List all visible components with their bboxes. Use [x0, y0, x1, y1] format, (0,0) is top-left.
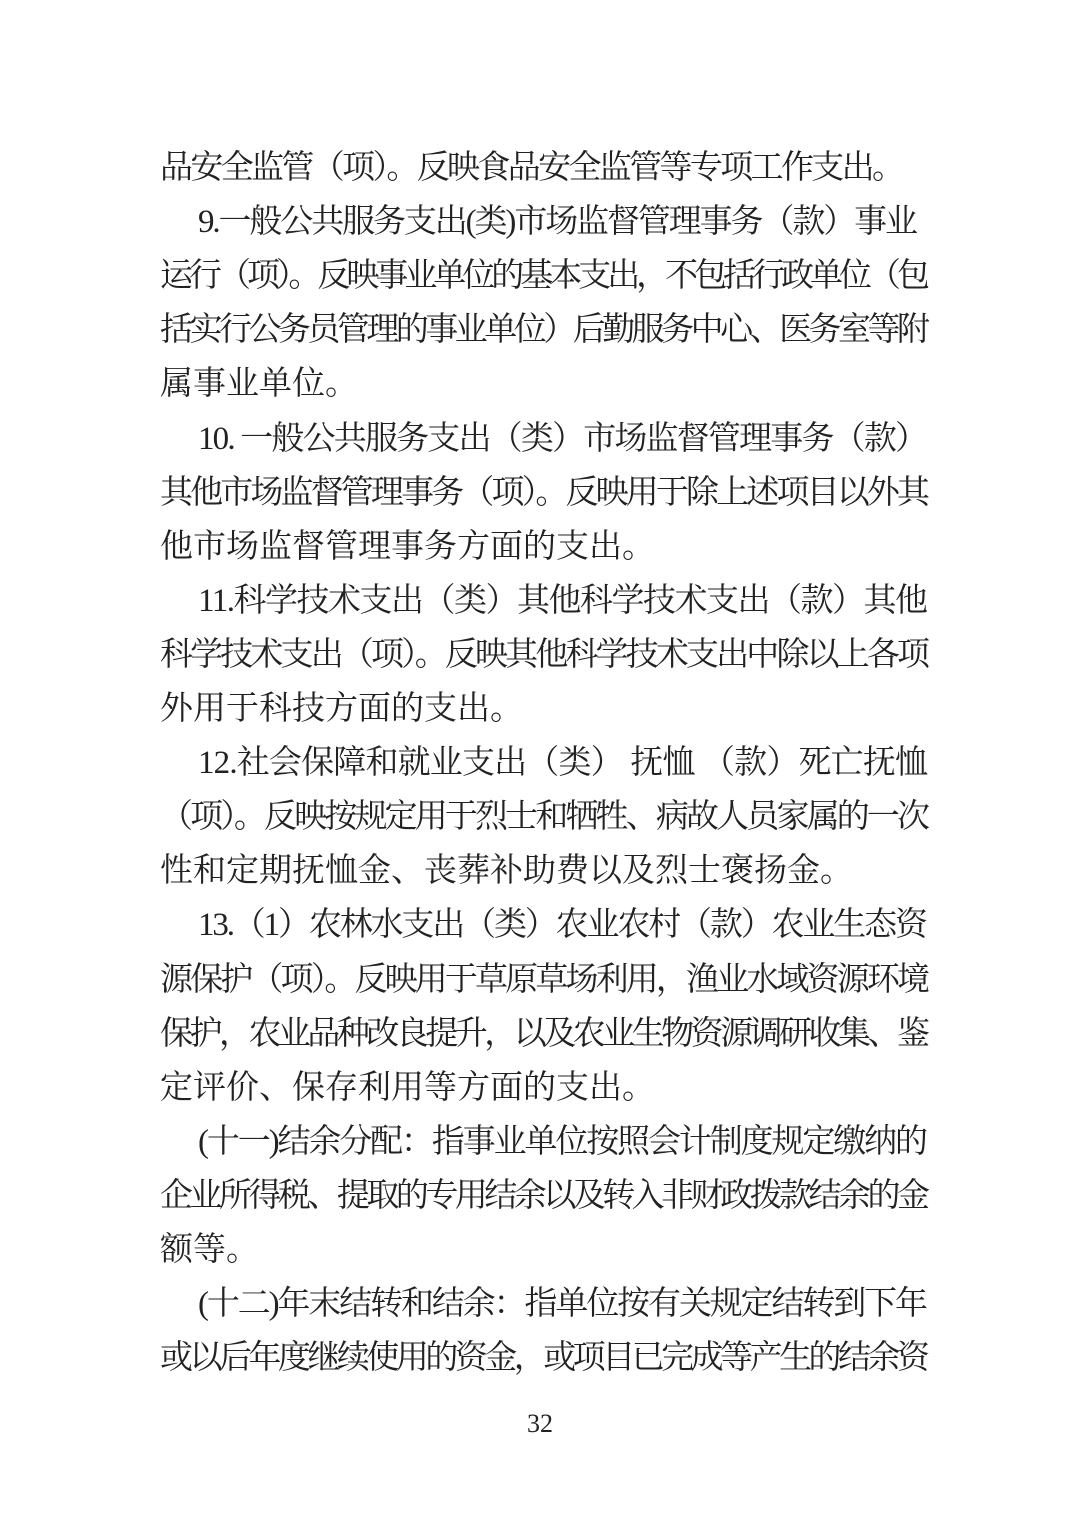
- text-line: 他市场监督管理事务方面的支出。: [160, 528, 655, 565]
- text-line: 13.（1）农林水支出（类）农业农村（款）农业生态资: [198, 906, 929, 943]
- text-line: 保护，农业品种改良提升，以及农业生物资源调研收集、鉴: [160, 1015, 930, 1052]
- text-line: (十一)结余分配：指事业单位按照会计制度规定缴纳的: [198, 1123, 928, 1160]
- text-line: 外用于科技方面的支出。: [160, 690, 523, 727]
- text-line: (十二)年末结转和结余：指单位按有关规定结转到下年: [198, 1285, 928, 1322]
- page-number: 32: [527, 1409, 553, 1438]
- document-page: 品安全监管（项）。反映食品安全监管等专项工作支出。 9.一般公共服务支出(类)市…: [0, 0, 1074, 1520]
- text-line: （项）。反映按规定用于烈士和牺牲、病故人员家属的一次: [160, 798, 930, 835]
- document-text-block: 品安全监管（项）。反映食品安全监管等专项工作支出。 9.一般公共服务支出(类)市…: [0, 0, 1074, 1520]
- text-line: 额等。: [160, 1231, 259, 1268]
- text-line: 运行（项）。反映事业单位的基本支出，不包括行政单位（包: [160, 257, 930, 294]
- text-line: 属事业单位。: [160, 365, 358, 402]
- text-line: 9.一般公共服务支出(类)市场监督管理事务（款）事业: [198, 203, 918, 240]
- text-line: 其他市场监督管理事务（项）。反映用于除上述项目以外其: [160, 474, 932, 511]
- text-line: 品安全监管（项）。反映食品安全监管等专项工作支出。: [160, 149, 905, 186]
- text-line: 12.社会保障和就业支出（类） 抚恤 （款）死亡抚恤: [198, 744, 928, 781]
- text-line: 10. 一般公共服务支出（类）市场监督管理事务（款）: [198, 420, 928, 457]
- text-line: 科学技术支出（项）。反映其他科学技术支出中除以上各项: [160, 636, 931, 673]
- text-line: 性和定期抚恤金、丧葬补助费以及烈士褒扬金。: [160, 852, 853, 889]
- text-line: 源保护（项）。反映用于草原草场利用，渔业水域资源环境: [160, 961, 930, 998]
- text-line: 11.科学技术支出（类）其他科学技术支出（款）其他: [198, 582, 928, 619]
- text-line: 定评价、保存利用等方面的支出。: [160, 1069, 655, 1106]
- text-line: 括实行公务员管理的事业单位）后勤服务中心、医务室等附: [160, 311, 930, 348]
- text-line: 或以后年度继续使用的资金，或项目已完成等产生的结余资: [160, 1339, 931, 1376]
- text-line: 企业所得税、提取的专用结余以及转入非财政拨款结余的金: [160, 1177, 930, 1214]
